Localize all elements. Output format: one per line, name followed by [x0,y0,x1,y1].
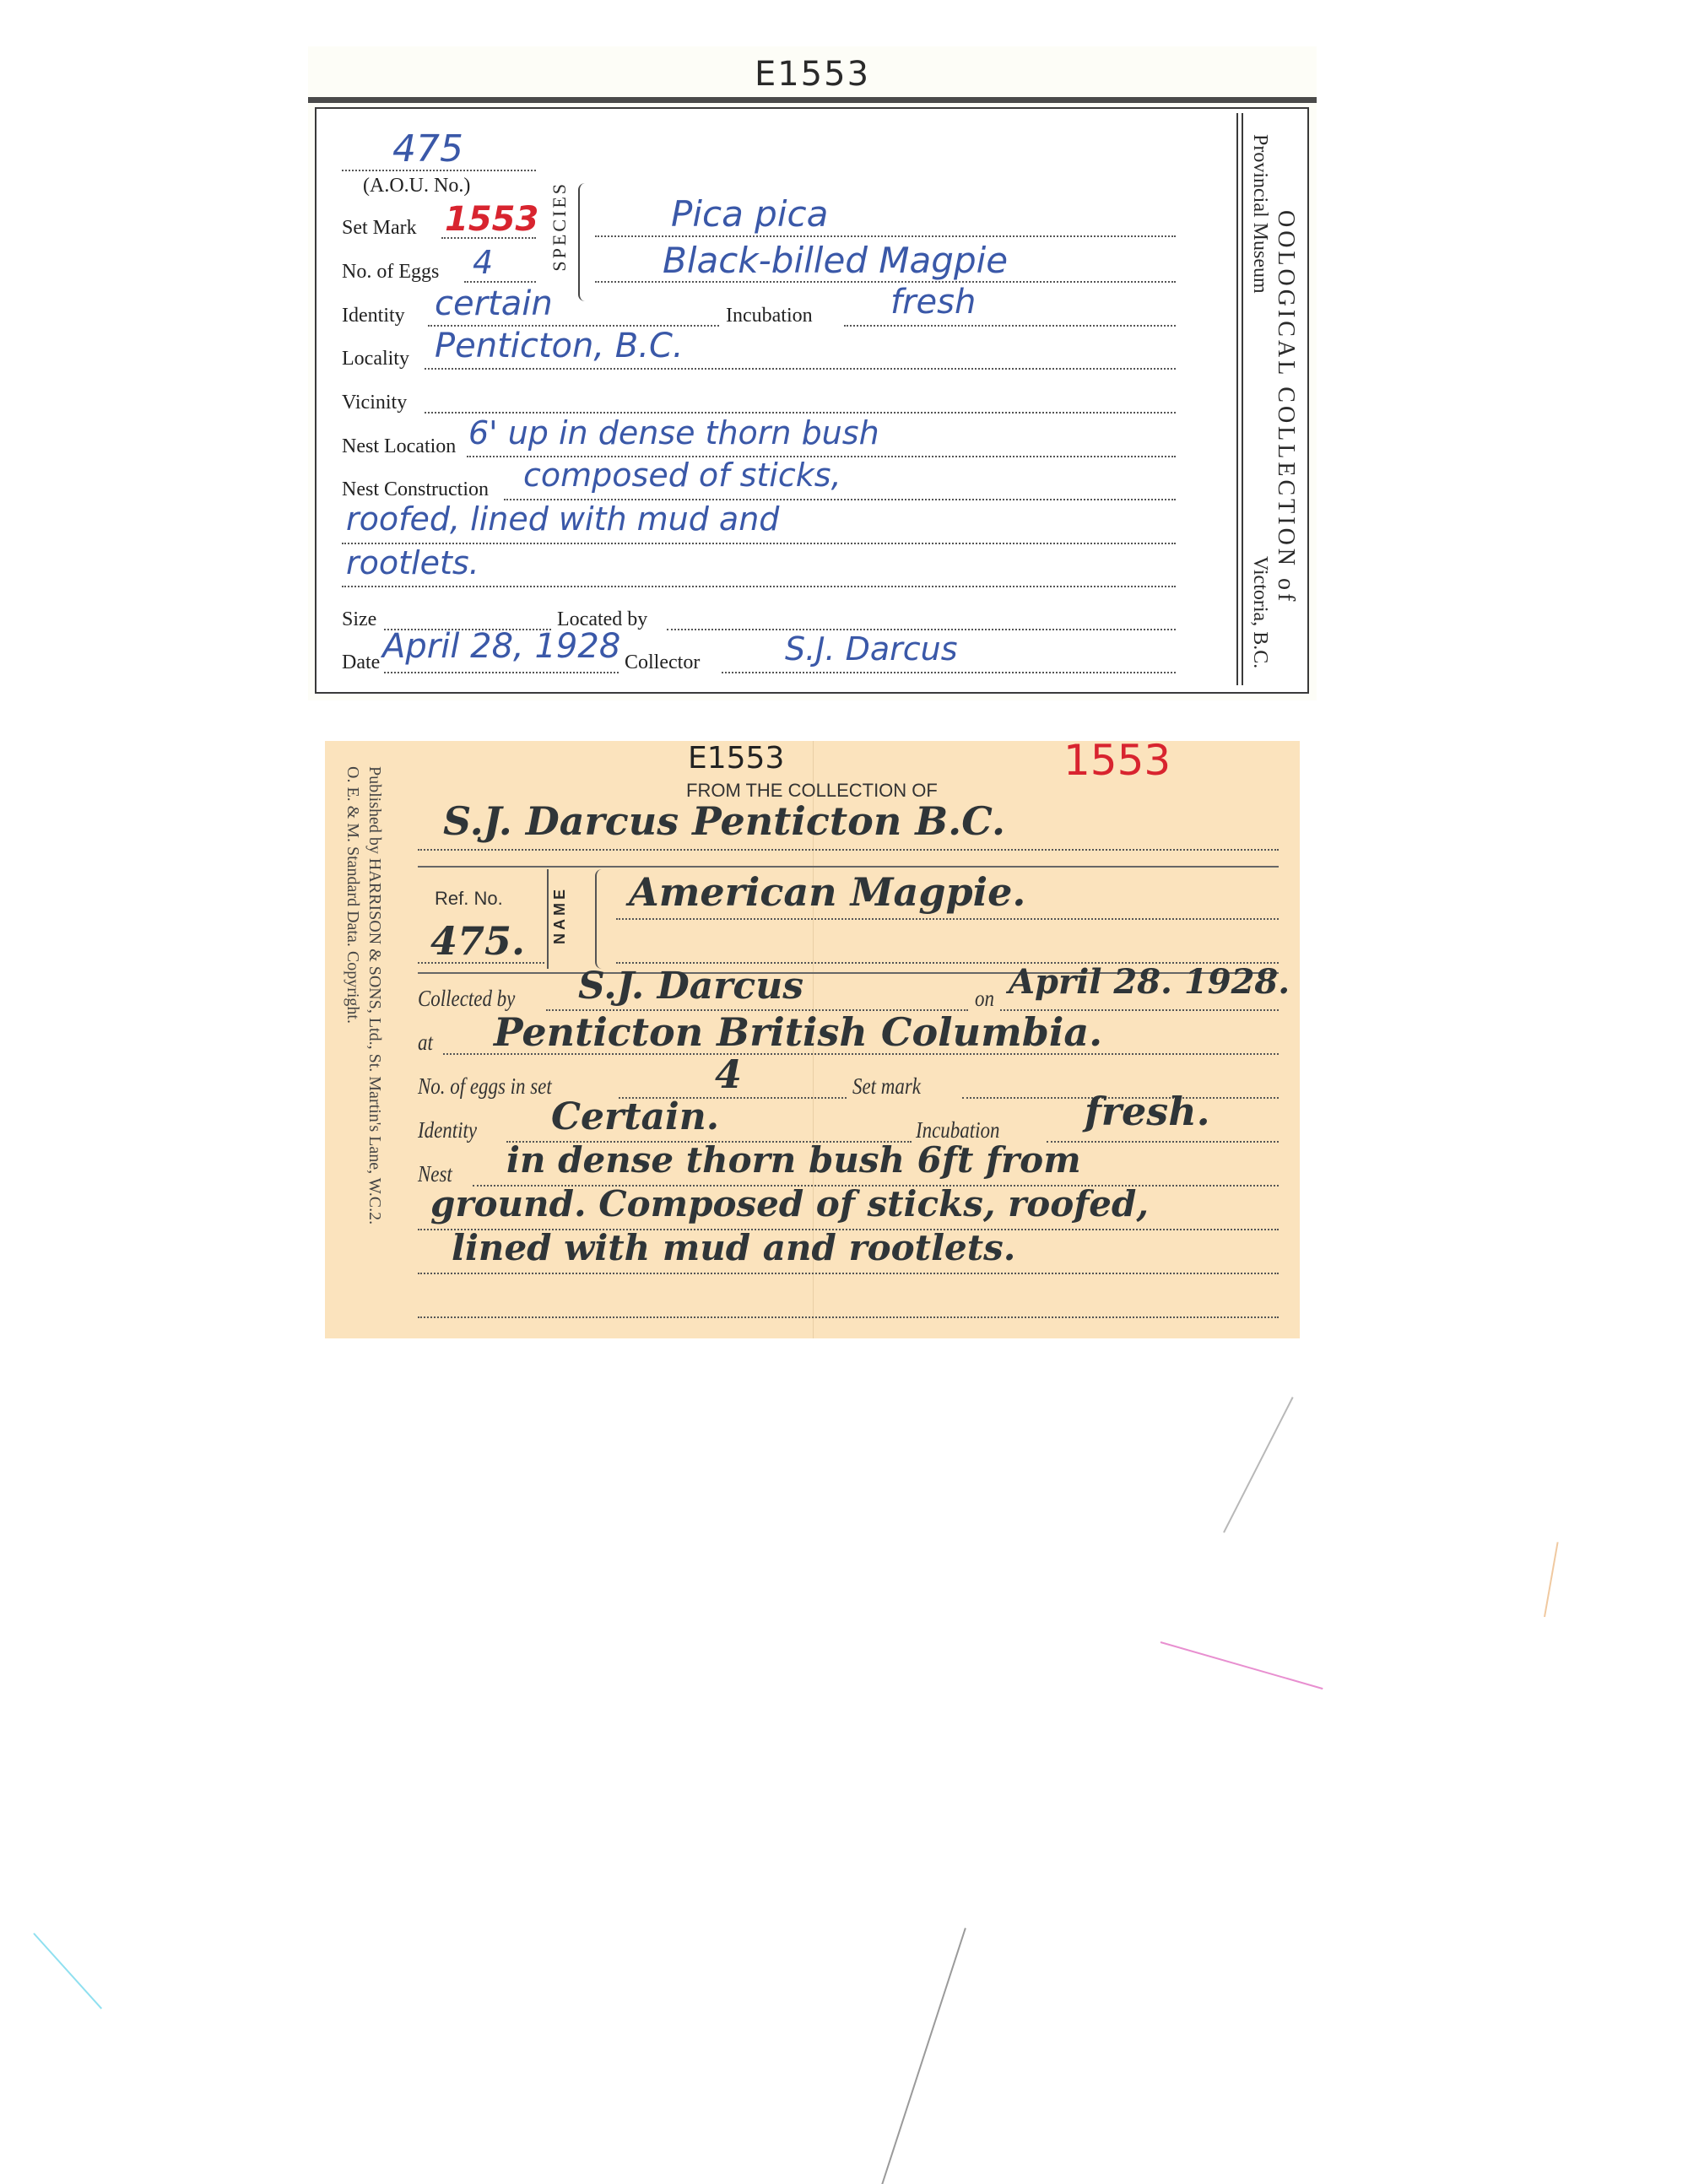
incubation-value: fresh [890,283,976,322]
nest-line-2: ground. Composed of sticks, roofed, [430,1183,1149,1224]
scan-mark [1544,1542,1559,1617]
card-frame: 475 (A.O.U. No.) Set Mark 1553 No. of Eg… [315,107,1309,694]
museum-specimen-card: E1553 475 (A.O.U. No.) Set Mark 1553 No.… [308,46,1317,700]
aou-number-value: 475 [392,127,463,170]
date-value: April 28. 1928. [1009,962,1290,1002]
set-mark-label: Set Mark [342,217,417,240]
nest-location-value: 6' up in dense thorn bush [468,414,879,451]
nest-location-label: Nest Location [342,435,456,458]
incubation-label: Incubation [726,305,813,327]
set-mark-value: 1553 [445,200,538,239]
set-number-red: 1553 [1063,736,1171,785]
scan-mark [1160,1641,1323,1689]
sidebar-victoria: Victoria, B.C. [1248,556,1271,668]
collected-by-value: S.J. Darcus [578,965,803,1008]
name-label: NAME [551,886,569,944]
locality-label: Locality [342,348,409,370]
nest-construction-line-2: roofed, lined with mud and [346,500,779,538]
date-value: April 28, 1928 [382,627,620,666]
identity-value: Certain. [551,1095,719,1138]
eggs-in-set-value: 4 [715,1051,742,1097]
identity-value: certain [435,284,553,323]
identity-label: Identity [342,305,405,327]
no-of-eggs-value: 4 [473,244,493,281]
eggs-in-set-label: No. of eggs in set [418,1073,552,1100]
collector-data-card: Published by HARRISON & SONS, Ltd., St. … [325,741,1300,1338]
scan-mark [881,1927,966,2184]
species-scientific-value: Pica pica [671,193,828,235]
collector-label: Collector [625,651,700,674]
nest-construction-label: Nest Construction [342,478,489,501]
species-common-value: Black-billed Magpie [663,240,1008,281]
header-rule [308,97,1317,103]
nest-line-3: lined with mud and rootlets. [452,1227,1015,1268]
aou-number-label: (A.O.U. No.) [363,175,470,197]
no-of-eggs-label: No. of Eggs [342,261,439,284]
name-brace [595,869,605,969]
collected-by-label: Collected by [418,986,515,1012]
publisher-imprint: Published by HARRISON & SONS, Ltd., St. … [342,766,386,1224]
identity-label: Identity [418,1117,477,1143]
scan-mark [1223,1397,1294,1533]
vicinity-label: Vicinity [342,392,407,414]
ref-no-label: Ref. No. [435,888,503,910]
date-label: Date [342,651,380,674]
collection-of-value: S.J. Darcus Penticton B.C. [443,798,1005,844]
name-value: American Magpie. [629,869,1025,915]
on-label: on [975,986,994,1012]
at-label: at [418,1030,433,1056]
at-value: Penticton British Columbia. [494,1009,1102,1055]
nest-construction-line-1: composed of sticks, [523,457,841,494]
nest-construction-line-3: rootlets. [346,544,479,581]
set-mark-label: Set mark [852,1073,921,1100]
nest-line-1: in dense thorn bush 6ft from [506,1139,1081,1181]
sidebar-provincial-museum: Provincial Museum [1248,134,1271,294]
size-label: Size [342,608,376,631]
species-brace [578,183,588,301]
catalog-code: E1553 [308,55,1317,94]
sidebar-title: OOLOGICAL COLLECTION of [1272,210,1299,604]
ref-no-value: 475. [430,918,525,964]
incubation-value: fresh. [1085,1089,1210,1134]
scan-mark [33,1933,102,2009]
collector-value: S.J. Darcus [785,630,958,668]
museum-sidebar: OOLOGICAL COLLECTION of Provincial Museu… [1247,117,1306,683]
species-label: SPECIES [549,181,571,272]
locality-value: Penticton, B.C. [435,327,684,365]
catalog-code: E1553 [688,741,784,776]
